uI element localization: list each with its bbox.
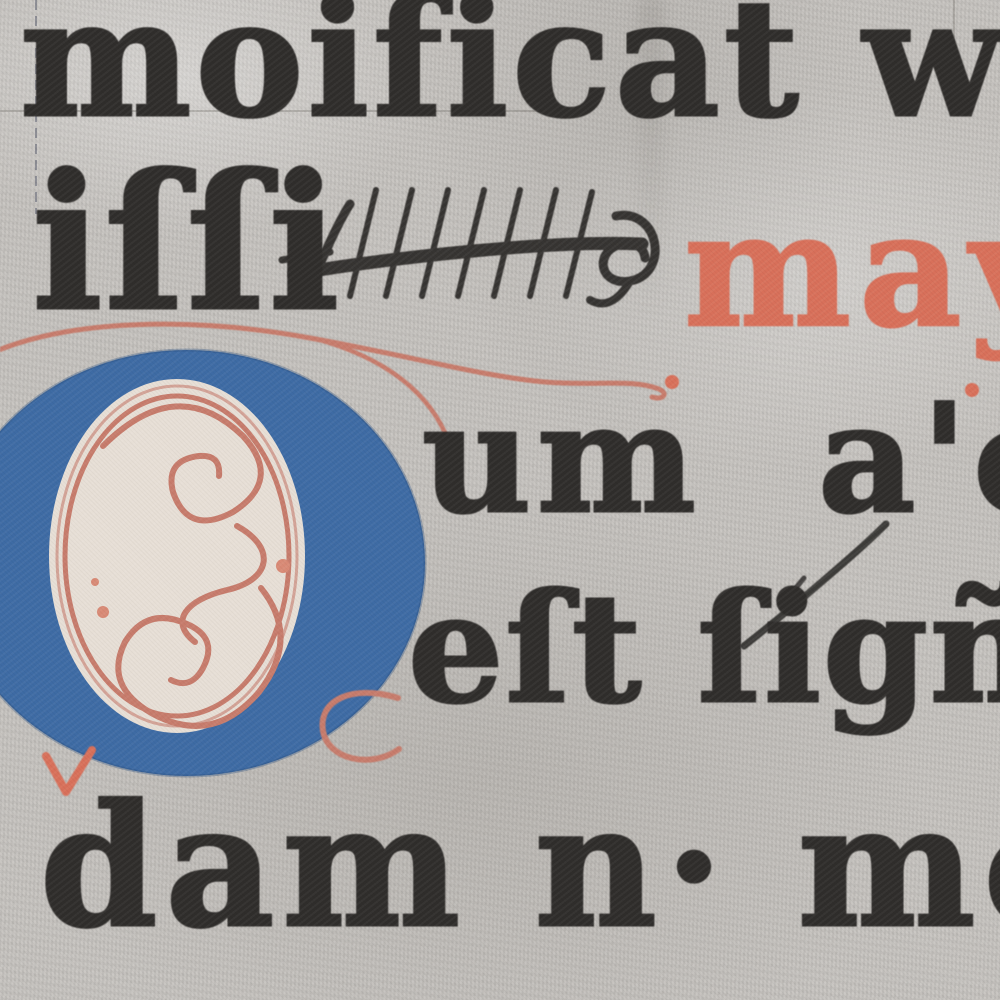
- manuscript-page: O: [0, 0, 1000, 1000]
- text-line-4: eſt ſigñi: [408, 574, 1000, 724]
- text-line-5: dam n· mou: [40, 782, 1000, 950]
- initial-letter-art: [0, 344, 437, 786]
- text-line-2: iſſi: [32, 150, 341, 336]
- illuminated-initial: O: [0, 344, 437, 786]
- rubric-word: may: [684, 192, 1000, 350]
- text-line-3: um a'o: [422, 384, 1000, 534]
- text-line-1: moificat w: [20, 0, 1000, 140]
